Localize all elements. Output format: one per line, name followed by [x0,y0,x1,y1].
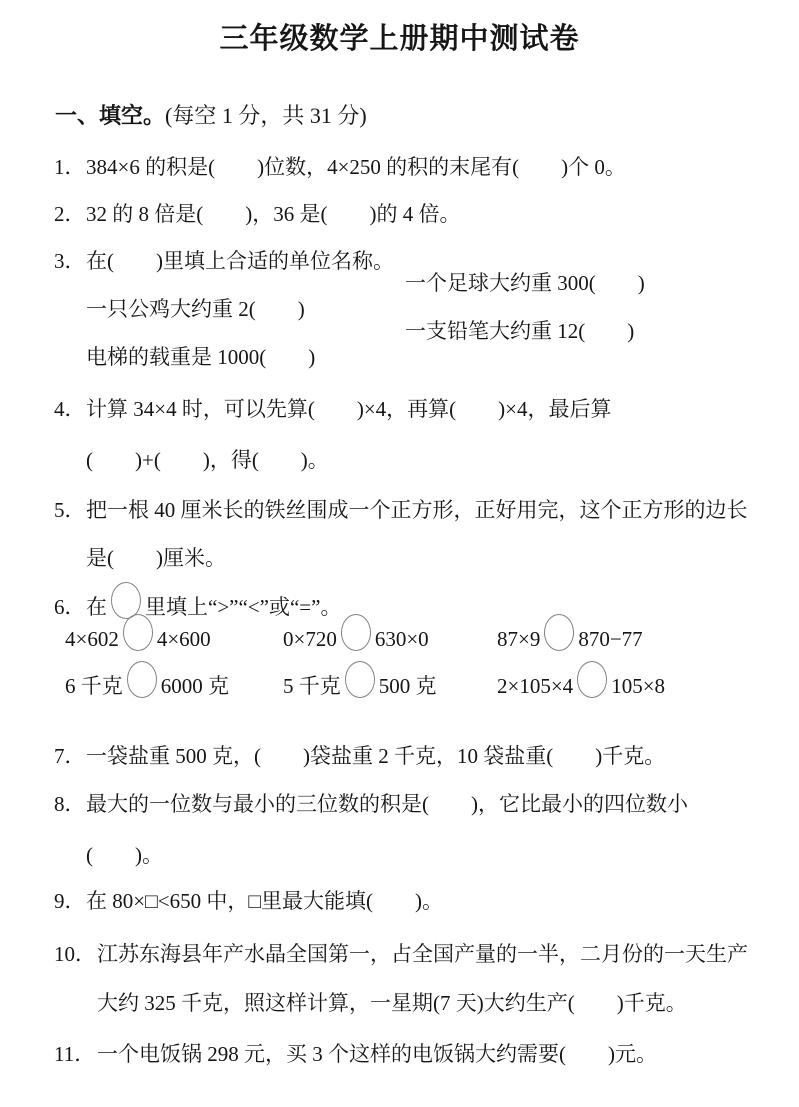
question-number: 4． [54,396,86,422]
comparison-left: 4×602 [65,627,119,651]
comparison-item: 0×720630×0 [283,614,429,652]
comparison-left: 2×105×4 [497,674,573,698]
question-number: 8． [54,791,86,817]
comparison-left: 6 千克 [65,674,123,698]
question-11: 11．一个电饭锅 298 元，买 3 个这样的电饭锅大约需要( )元。 [33,1015,657,1094]
comparison-row-2: 6 千克6000 克 5 千克500 克 2×105×4105×8 [65,661,775,705]
answer-circle [127,661,157,698]
comparison-right: 870−77 [578,627,642,651]
answer-circle [544,614,574,651]
paper-title: 三年级数学上册期中测试卷 [0,16,799,57]
section-score-note: (每空 1 分，共 31 分) [165,103,367,128]
test-paper-page: 三年级数学上册期中测试卷 一、填空。(每空 1 分，共 31 分) 1．384×… [0,0,799,1107]
question-text: 在 80×□<650 中，□里最大能填( )。 [86,889,443,913]
comparison-item: 4×6024×600 [65,614,211,652]
comparison-right: 6000 克 [161,674,229,698]
section-label: 一、填空。 [55,103,165,128]
comparison-right: 4×600 [157,627,211,651]
comparison-item: 2×105×4105×8 [497,661,665,699]
question-text: 江苏东海县年产水晶全国第一，占全国产量的一半，二月份的一天生产 [97,942,748,966]
question-text: 最大的一位数与最小的三位数的积是( )，它比最小的四位数小 [86,792,688,816]
comparison-right: 105×8 [611,674,665,698]
comparison-row-1: 4×6024×600 0×720630×0 87×9870−77 [65,614,775,658]
comparison-left: 87×9 [497,627,540,651]
comparison-right: 630×0 [375,627,429,651]
unit-fill-item: 一支铅笔大约重 12( ) [405,318,634,344]
question-text: ( )+( )，得( )。 [86,448,329,472]
question-number: 11． [54,1041,97,1067]
comparison-left: 0×720 [283,627,337,651]
unit-fill-item: 一个足球大约重 300( ) [405,270,645,296]
question-text: 大约 325 千克，照这样计算，一星期(7 天)大约生产( )千克。 [97,991,687,1015]
question-number: 9． [54,888,86,914]
answer-circle [577,661,607,698]
comparison-item: 6 千克6000 克 [65,661,229,699]
comparison-item: 87×9870−77 [497,614,643,652]
comparison-left: 5 千克 [283,674,341,698]
comparison-right: 500 克 [379,674,437,698]
question-text: 计算 34×4 时，可以先算( )×4，再算( )×4，最后算 [86,397,612,421]
comparison-item: 5 千克500 克 [283,661,437,699]
unit-fill-item: 电梯的载重是 1000( ) [86,345,315,369]
answer-circle [341,614,371,651]
answer-circle [123,614,153,651]
answer-circle [345,661,375,698]
question-text: 一个电饭锅 298 元，买 3 个这样的电饭锅大约需要( )元。 [97,1042,657,1066]
